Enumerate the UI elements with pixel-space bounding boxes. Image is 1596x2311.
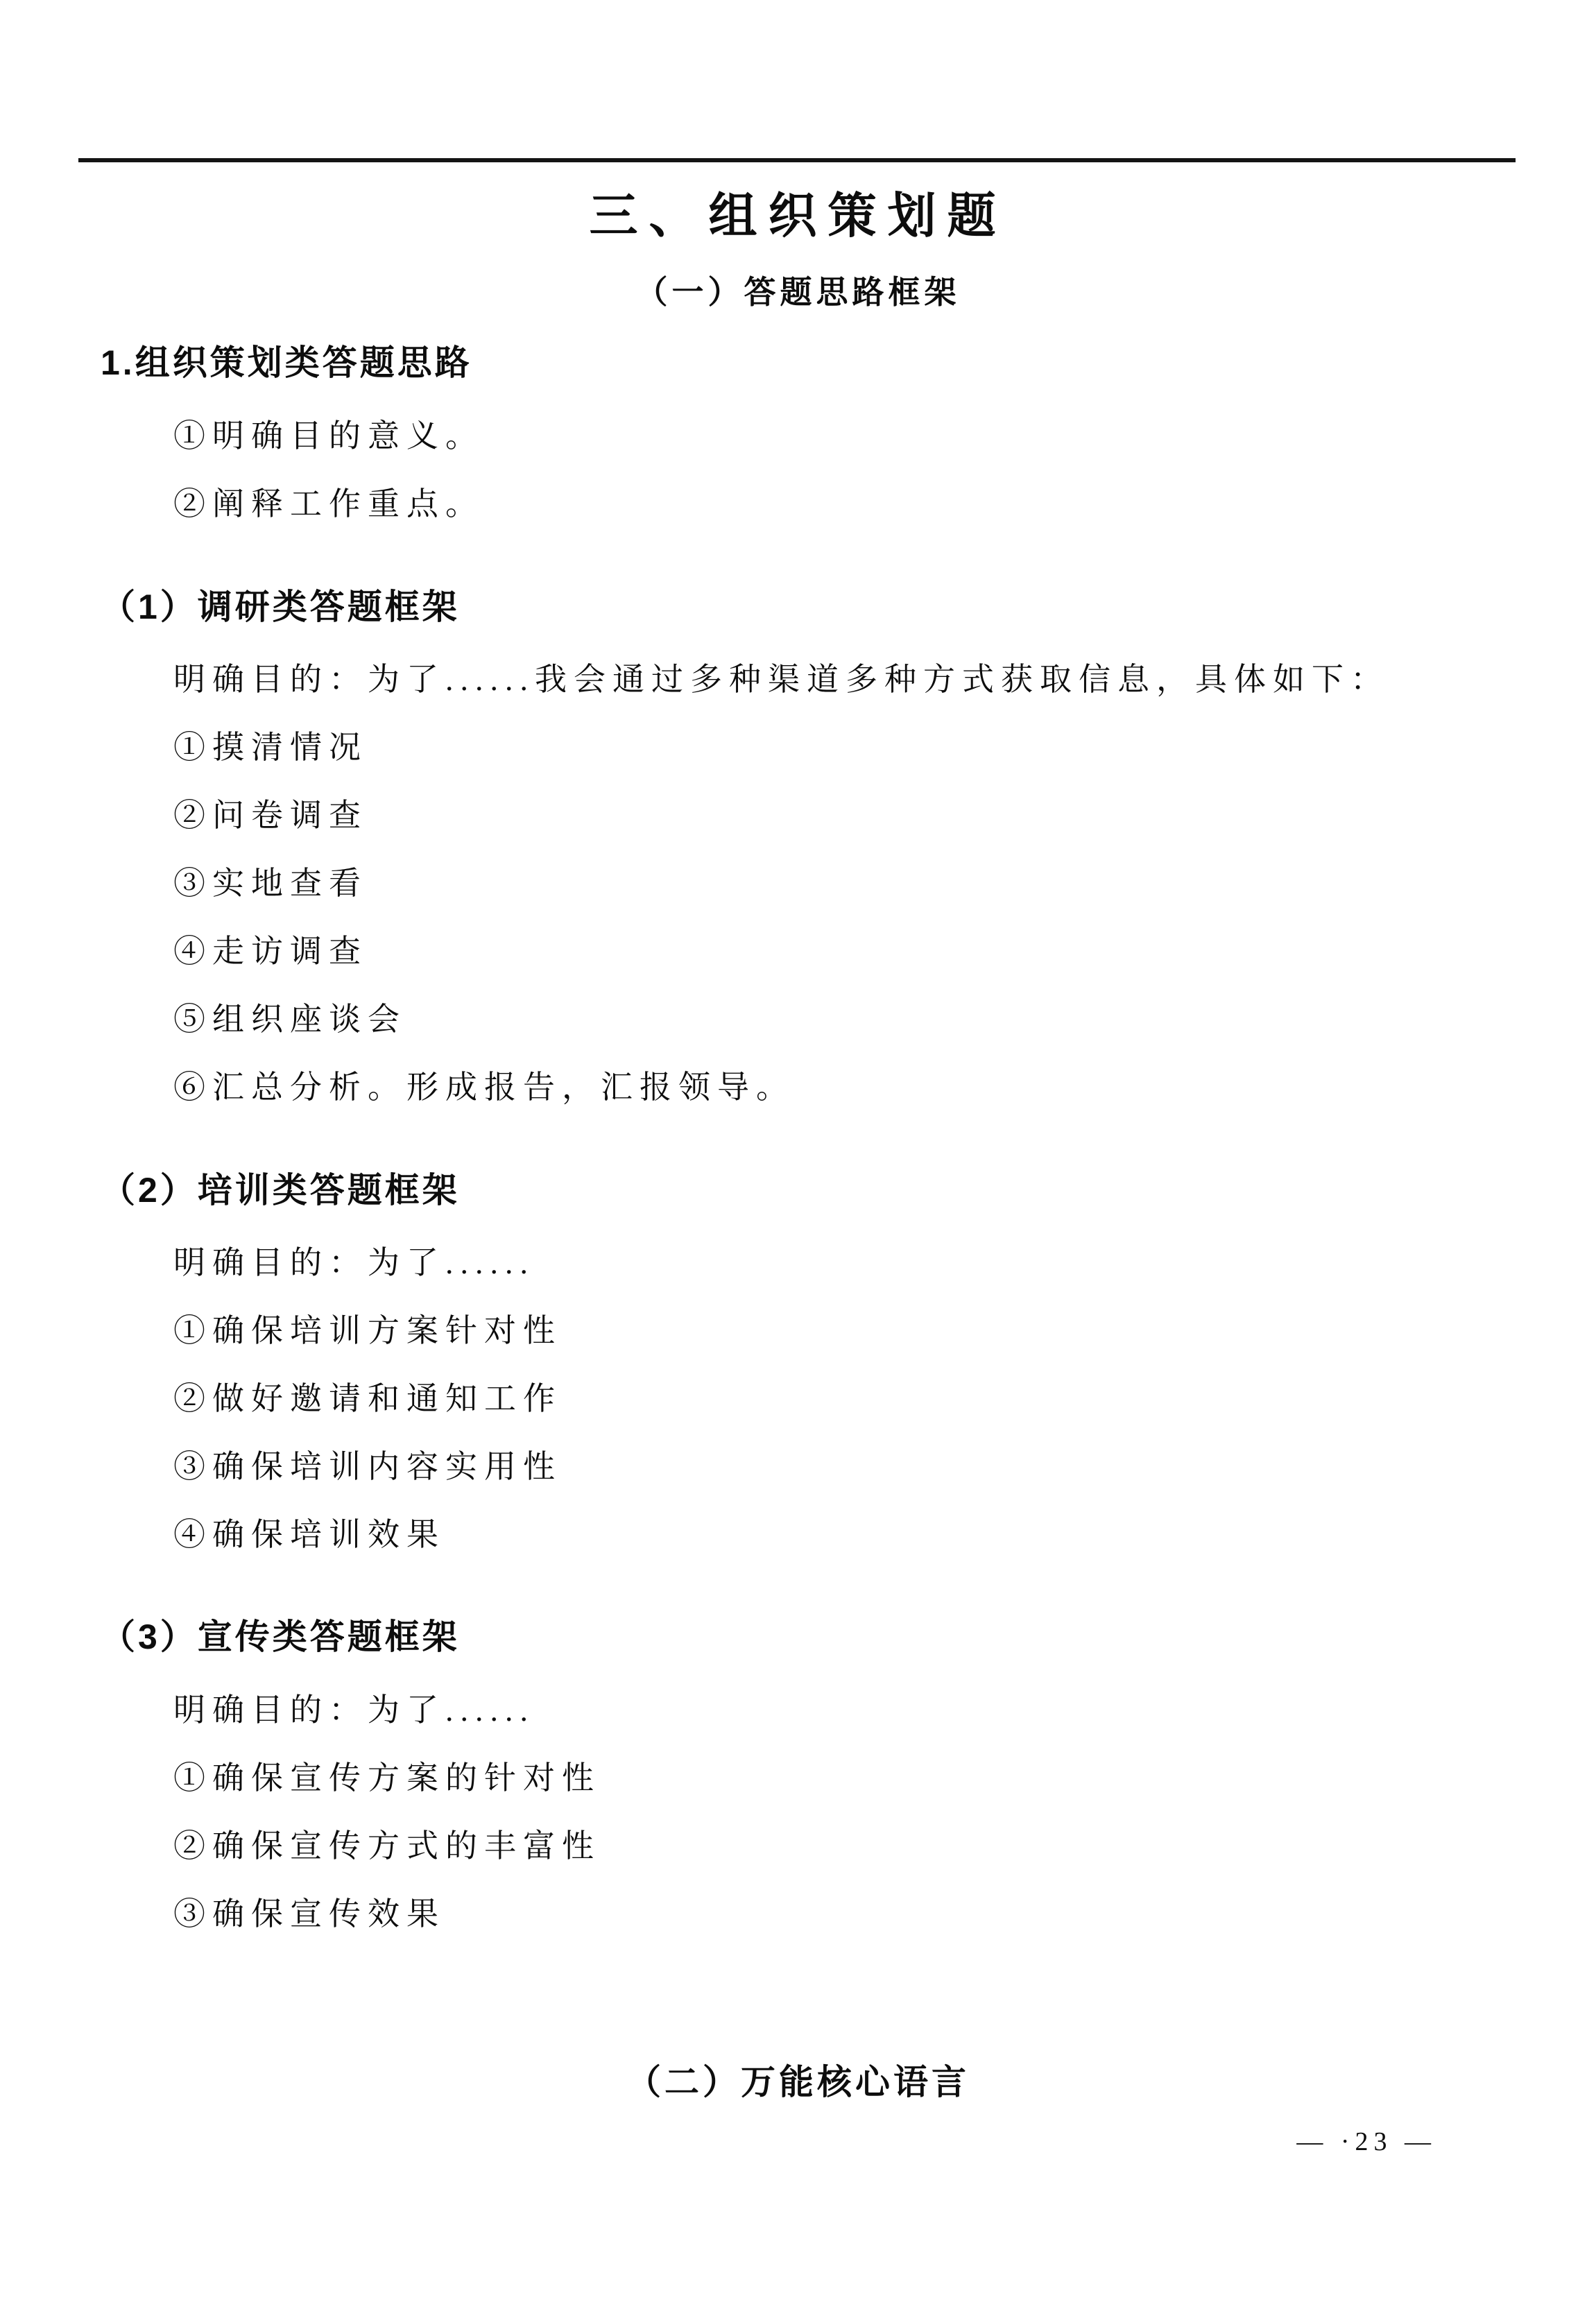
- document-page: 三、组织策划题 （一）答题思路框架 1.组织策划类答题思路 ①明确目的意义。 ②…: [0, 0, 1596, 2311]
- answer-framework-blocks: 1.组织策划类答题思路 ①明确目的意义。 ②阐释工作重点。 （1）调研类答题框架…: [0, 343, 1596, 1932]
- text-line: ④走访调查: [173, 934, 1596, 970]
- text-line: ①明确目的意义。: [173, 418, 1596, 455]
- text-line: ②做好邀请和通知工作: [173, 1381, 1596, 1418]
- text-line: 明确目的：为了......: [173, 1245, 1596, 1282]
- block-training-framework: （2）培训类答题框架 明确目的：为了...... ①确保培训方案针对性 ②做好邀…: [0, 1171, 1596, 1554]
- part2-heading: （二）万能核心语言: [0, 2063, 1596, 2103]
- text-line: ⑥汇总分析。形成报告，汇报领导。: [173, 1069, 1596, 1106]
- text-line: ④确保培训效果: [173, 1517, 1596, 1554]
- text-line: ③确保宣传效果: [173, 1896, 1596, 1933]
- block-heading: （3）宣传类答题框架: [101, 1617, 1596, 1658]
- text-line: ②问卷调查: [173, 798, 1596, 834]
- text-line: ①确保宣传方案的针对性: [173, 1760, 1596, 1797]
- text-line: ②阐释工作重点。: [173, 486, 1596, 523]
- text-line: ②确保宣传方式的丰富性: [173, 1828, 1596, 1865]
- block-organization-planning: 1.组织策划类答题思路 ①明确目的意义。 ②阐释工作重点。: [0, 343, 1596, 522]
- text-line: ③实地查看: [173, 866, 1596, 902]
- text-line: ⑤组织座谈会: [173, 1002, 1596, 1038]
- block-research-framework: （1）调研类答题框架 明确目的：为了......我会通过多种渠道多种方式获取信息…: [0, 587, 1596, 1106]
- part1-heading: （一）答题思路框架: [0, 274, 1596, 311]
- text-line: 明确目的：为了......我会通过多种渠道多种方式获取信息，具体如下：: [173, 662, 1596, 698]
- text-line: 明确目的：为了......: [173, 1692, 1596, 1729]
- text-line: ③确保培训内容实用性: [173, 1449, 1596, 1486]
- text-line: ①确保培训方案针对性: [173, 1313, 1596, 1350]
- text-line: ①摸清情况: [173, 730, 1596, 766]
- block-heading: 1.组织策划类答题思路: [101, 343, 1596, 384]
- block-publicity-framework: （3）宣传类答题框架 明确目的：为了...... ①确保宣传方案的针对性 ②确保…: [0, 1617, 1596, 1932]
- block-heading: （2）培训类答题框架: [101, 1171, 1596, 1211]
- page-number: — ·23 —: [0, 2127, 1596, 2158]
- main-title: 三、组织策划题: [0, 190, 1596, 243]
- block-heading: （1）调研类答题框架: [101, 587, 1596, 628]
- header-rule: [78, 158, 1516, 162]
